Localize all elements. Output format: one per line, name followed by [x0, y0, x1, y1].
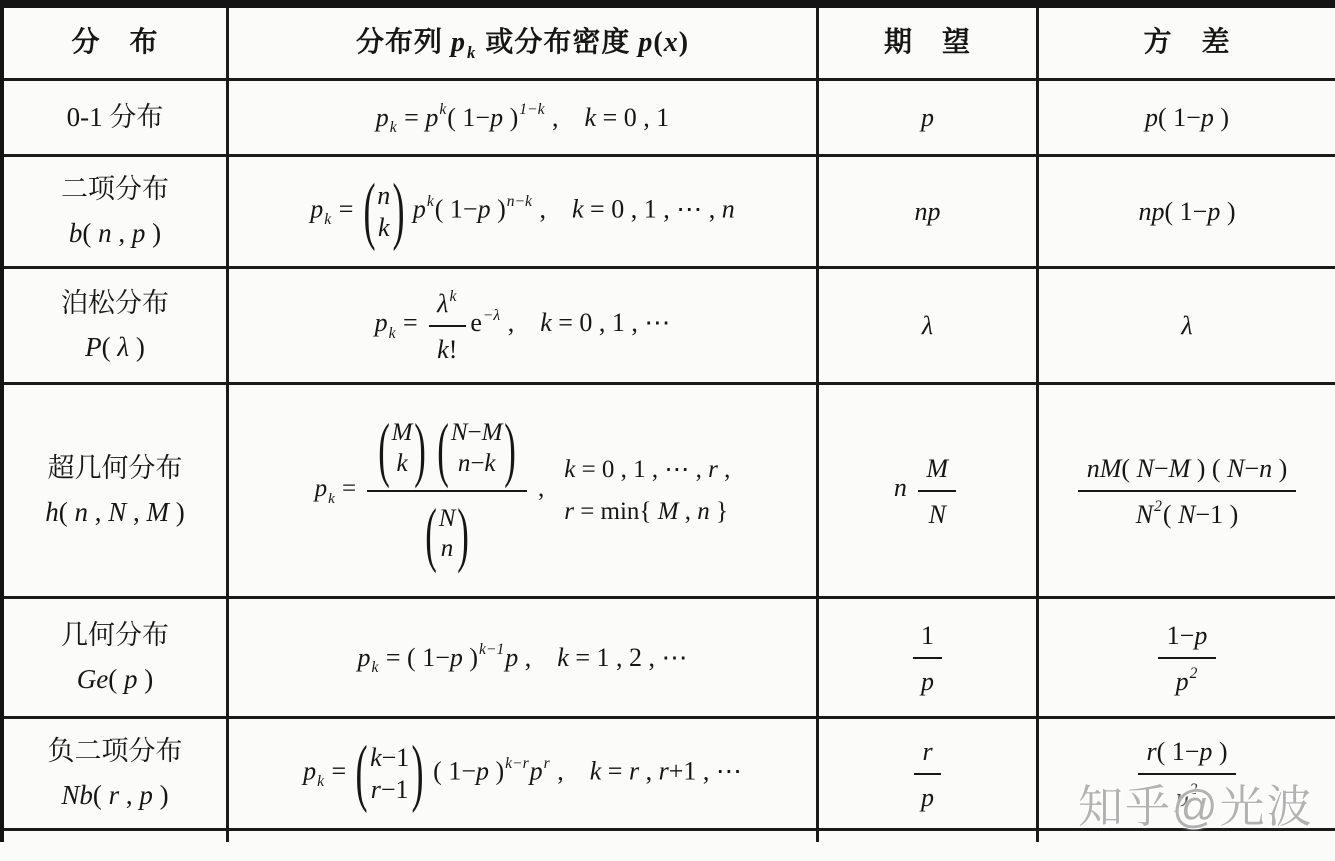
pmf-formula: pk = (Mk)(N−Mn−k)(Nn) ,k = 0 , 1 , ⋯ , r… [315, 408, 731, 572]
formula-cell: pk = pk( 1−p )1−k ,k = 0 , 1 [226, 81, 816, 154]
distribution-name: 负二项分布 [48, 734, 183, 769]
header-cell-pmf: 分布列 pk 或分布密度 p(x) [226, 8, 816, 78]
distribution-symbol: P( λ ) [85, 330, 145, 365]
expectation-value: p [921, 101, 934, 135]
header-row: 分 布 分布列 pk 或分布密度 p(x) 期 望 方 差 [4, 8, 1335, 78]
name-cell: 泊松分布 P( λ ) [4, 269, 226, 382]
pmf-formula: pk = (nk)pk( 1−p )n−k ,k = 0 , 1 , ⋯ , n [310, 173, 734, 250]
distribution-symbol: h( n , N , M ) [45, 495, 185, 530]
expectation-cell: 1p [816, 599, 1036, 716]
expectation-cell: λ [816, 269, 1036, 382]
expectation-value: λ [922, 309, 933, 343]
distribution-symbol: Nb( r , p ) [61, 778, 168, 813]
name-cell: 超几何分布 h( n , N , M ) [4, 385, 226, 596]
expectation-value: rp [908, 731, 947, 815]
header-distribution-label: 分 布 [71, 25, 158, 61]
header-pmf-label: 分布列 pk 或分布密度 p(x) [356, 25, 689, 61]
expectation-cell: np [816, 157, 1036, 266]
variance-cell: 1−pp2 [1036, 599, 1335, 716]
distribution-table: 分 布 分布列 pk 或分布密度 p(x) 期 望 方 差 0-1 分布 pk … [0, 0, 1335, 842]
distribution-symbol: Ge( p ) [77, 662, 153, 697]
variance-cell: nM( N−M ) ( N−n )N2( N−1 ) [1036, 385, 1335, 596]
distribution-name: 超几何分布 [47, 451, 182, 486]
variance-value: nM( N−M ) ( N−n )N2( N−1 ) [1074, 448, 1301, 532]
name-cell: 几何分布 Ge( p ) [4, 599, 226, 716]
pmf-formula: pk = pk( 1−p )1−k ,k = 0 , 1 [376, 101, 669, 135]
header-cell-expectation: 期 望 [816, 8, 1036, 78]
variance-cell: λ [1036, 269, 1335, 382]
zhihu-watermark: 知乎@光波 [1078, 770, 1314, 835]
expectation-cell: rp [816, 719, 1036, 828]
table-row-bernoulli: 0-1 分布 pk = pk( 1−p )1−k ,k = 0 , 1 p p(… [4, 78, 1335, 154]
variance-value: 1−pp2 [1154, 615, 1221, 699]
pmf-formula: pk = λkk!e−λ ,k = 0 , 1 , ⋯ [375, 283, 671, 367]
pmf-formula: pk = ( 1−p )k−1p ,k = 1 , 2 , ⋯ [357, 641, 687, 675]
name-cell: 二项分布 b( n , p ) [4, 157, 226, 266]
variance-value: np( 1−p ) [1139, 195, 1236, 229]
expectation-value: 1p [908, 615, 947, 699]
variance-cell: p( 1−p ) [1036, 81, 1335, 154]
distribution-name: 几何分布 [61, 618, 169, 653]
table-row-binomial: 二项分布 b( n , p ) pk = (nk)pk( 1−p )n−k ,k… [4, 154, 1335, 266]
name-cell: 负二项分布 Nb( r , p ) [4, 719, 226, 828]
distribution-symbol: b( n , p ) [69, 216, 161, 251]
pmf-formula: pk = (k−1r−1)( 1−p )k−rpr ,k = r , r+1 ,… [303, 735, 742, 812]
variance-value: λ [1181, 309, 1192, 343]
distribution-name: 泊松分布 [61, 286, 169, 321]
header-cell-variance: 方 差 [1036, 8, 1335, 78]
variance-cell: np( 1−p ) [1036, 157, 1335, 266]
formula-cell: pk = (Mk)(N−Mn−k)(Nn) ,k = 0 , 1 , ⋯ , r… [226, 385, 816, 596]
expectation-value: np [915, 195, 941, 229]
table-row-geometric: 几何分布 Ge( p ) pk = ( 1−p )k−1p ,k = 1 , 2… [4, 596, 1335, 716]
table-row-poisson: 泊松分布 P( λ ) pk = λkk!e−λ ,k = 0 , 1 , ⋯ … [4, 266, 1335, 382]
header-expectation-label: 期 望 [884, 25, 971, 61]
distribution-name: 0-1 分布 [67, 100, 164, 135]
distribution-name: 二项分布 [61, 172, 169, 207]
scanned-distribution-table-page: 分 布 分布列 pk 或分布密度 p(x) 期 望 方 差 0-1 分布 pk … [0, 0, 1335, 861]
formula-cell: pk = ( 1−p )k−1p ,k = 1 , 2 , ⋯ [226, 599, 816, 716]
name-cell: 0-1 分布 [4, 81, 226, 154]
header-variance-label: 方 差 [1143, 25, 1230, 61]
table-row-hypergeometric: 超几何分布 h( n , N , M ) pk = (Mk)(N−Mn−k)(N… [4, 382, 1335, 596]
expectation-value: nMN [894, 448, 961, 532]
formula-cell: pk = λkk!e−λ ,k = 0 , 1 , ⋯ [226, 269, 816, 382]
formula-cell: pk = (nk)pk( 1−p )n−k ,k = 0 , 1 , ⋯ , n [226, 157, 816, 266]
expectation-cell: p [816, 81, 1036, 154]
header-cell-distribution: 分 布 [4, 8, 226, 78]
expectation-cell: nMN [816, 385, 1036, 596]
variance-value: p( 1−p ) [1145, 101, 1229, 135]
formula-cell: pk = (k−1r−1)( 1−p )k−rpr ,k = r , r+1 ,… [226, 719, 816, 828]
